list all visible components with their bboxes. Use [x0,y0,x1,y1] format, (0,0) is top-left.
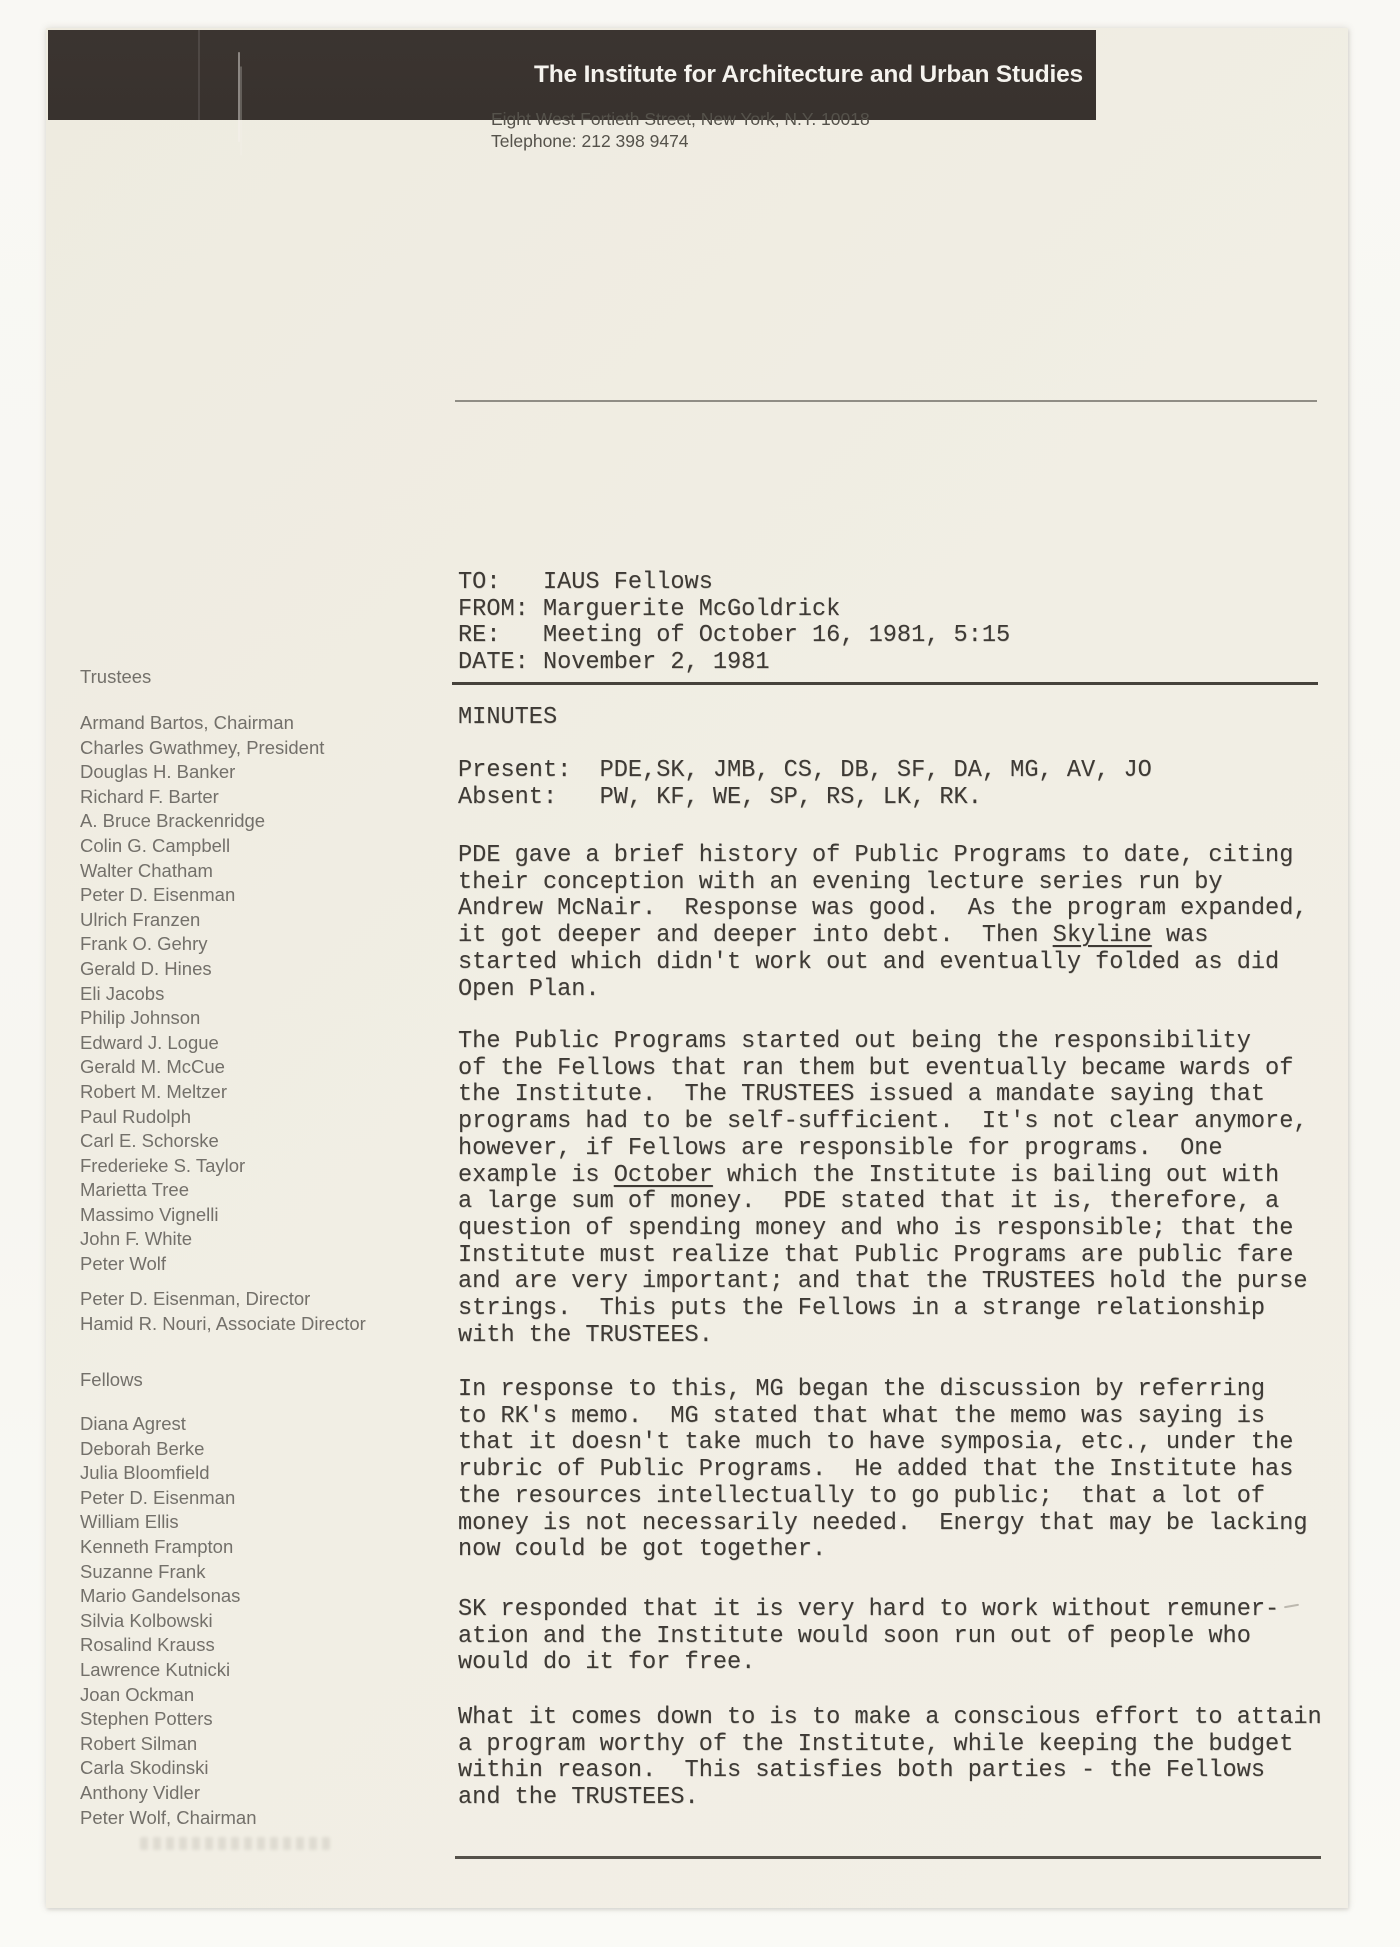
stray-pencil-mark [1284,1604,1299,1609]
body-paragraph-2: The Public Programs started out being th… [458,1029,1308,1349]
bottom-rule [455,1856,1321,1859]
address-line: Eight West Fortieth Street, New York, N.… [491,109,870,129]
trustees-list: Armand Bartos, Chairman Charles Gwathmey… [80,711,324,1277]
top-divider-rule [455,400,1317,402]
minutes-title: MINUTES [458,705,557,732]
fellows-list: Diana Agrest Deborah Berke Julia Bloomfi… [80,1412,257,1830]
body-paragraph-1: PDE gave a brief history of Public Progr… [458,843,1308,1003]
org-title: The Institute for Architecture and Urban… [534,61,1096,89]
fellows-heading: Fellows [80,1368,143,1392]
memo-header-underline-rule [452,682,1318,685]
memo-header-block: TO: IAUS Fellows FROM: Marguerite McGold… [458,570,1010,677]
body-paragraph-5: What it comes down to is to make a consc… [458,1705,1322,1812]
memo-page: The Institute for Architecture and Urban… [46,28,1348,1908]
body-paragraph-3: In response to this, MG began the discus… [458,1377,1308,1564]
telephone-line: Telephone: 212 398 9474 [491,131,689,151]
ink-show-through-artifact [140,1837,330,1850]
trustees-heading: Trustees [80,665,151,689]
paper-crease [198,30,200,120]
attendance-block: Present: PDE,SK, JMB, CS, DB, SF, DA, MG… [458,758,1152,811]
letterhead-bar: The Institute for Architecture and Urban… [48,30,1096,120]
directors-list: Peter D. Eisenman, Director Hamid R. Nou… [80,1287,366,1336]
letterhead-address: Eight West Fortieth Street, New York, N.… [491,108,870,152]
scanned-memo-document: { "letterhead": { "org_name": "The Insti… [0,0,1400,1947]
body-paragraph-4: SK responded that it is very hard to wor… [458,1597,1279,1677]
